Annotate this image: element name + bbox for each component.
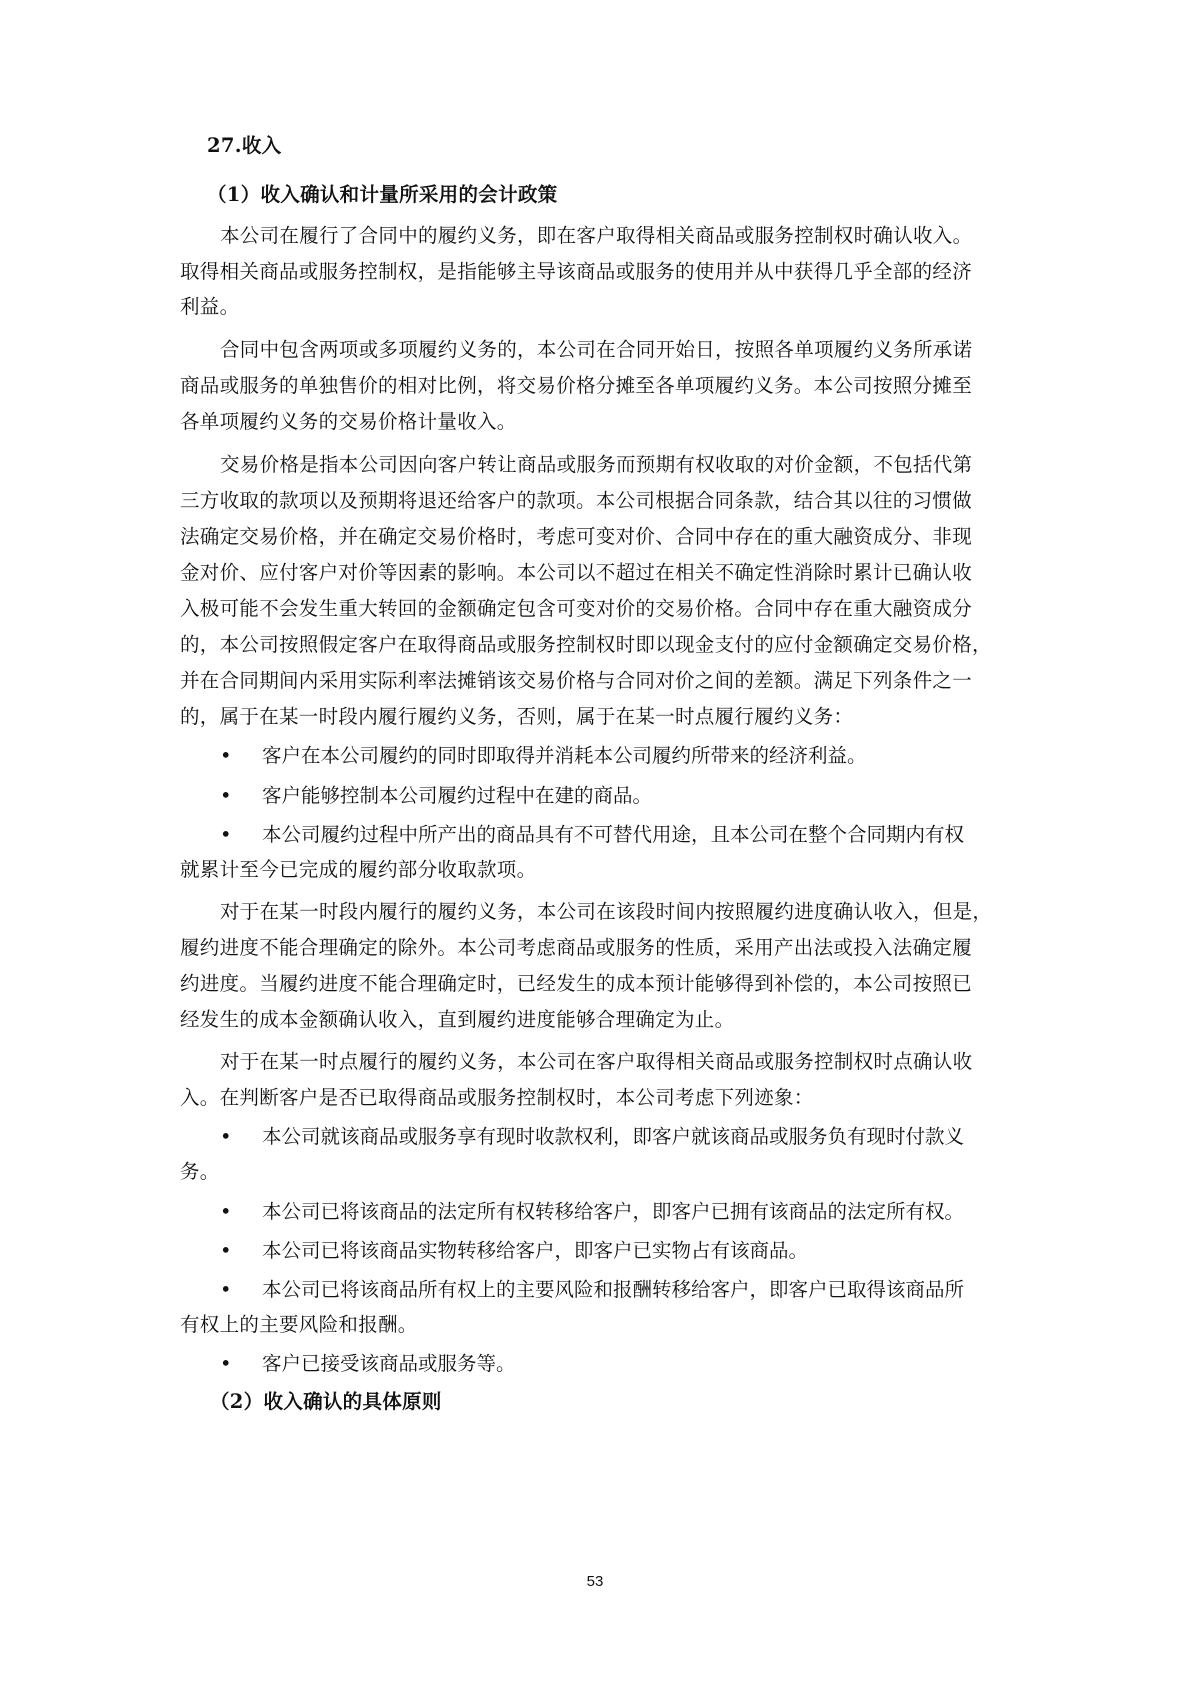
paragraph-line: 取得相关商品或服务控制权，是指能够主导该商品或服务的使用并从中获得几乎全部的经济 [180,260,1010,284]
bullet-icon: • [220,1352,262,1376]
paragraph-line: 的，本公司按照假定客户在取得商品或服务控制权时即以现金支付的应付金额确定交易价格… [180,633,1010,657]
paragraph-line: 金对价、应付客户对价等因素的影响。本公司以不超过在相关不确定性消除时累计已确认收 [180,561,1010,585]
section-title: 27.收入 [207,134,1037,158]
paragraph-line: 并在合同期间内采用实际利率法摊销该交易价格与合同对价之间的差额。满足下列条件之一 [180,669,1010,693]
subsection-title-2: （2）收入确认的具体原则 [210,1390,1040,1414]
paragraph-line: 入极可能不会发生重大转回的金额确定包含可变对价的交易价格。合同中存在重大融资成分 [180,597,1010,621]
paragraph-line: 约进度。当履约进度不能合理确定时，已经发生的成本预计能够得到补偿的，本公司按照已 [180,972,1010,996]
paragraph-line: 对于在某一时段内履行的履约义务，本公司在该段时间内按照履约进度确认收入，但是， [180,900,1050,924]
paragraph-line: 利益。 [180,295,1010,319]
bullet-icon: • [220,784,262,808]
paragraph-line: 法确定交易价格，并在确定交易价格时，考虑可变对价、合同中存在的重大融资成分、非现 [180,525,1010,549]
bullet-icon: • [220,1239,262,1263]
paragraph-line: 本公司在履行了合同中的履约义务，即在客户取得相关商品或服务控制权时确认收入。 [180,224,1050,248]
paragraph-line: 入。在判断客户是否已取得商品或服务控制权时，本公司考虑下列迹象： [180,1086,1010,1110]
paragraph-line: 的，属于在某一时段内履行履约义务，否则，属于在某一时点履行履约义务： [180,705,1010,729]
paragraph-line: 交易价格是指本公司因向客户转让商品或服务而预期有权收取的对价金额，不包括代第 [180,453,1050,477]
document-page: 27.收入 （1）收入确认和计量所采用的会计政策 本公司在履行了合同中的履约义务… [0,0,1190,1683]
paragraph-line: 经发生的成本金额确认收入，直到履约进度能够合理确定为止。 [180,1008,1010,1032]
bullet-item: •客户已接受该商品或服务等。 [220,1352,516,1376]
bullet-item: •本公司已将该商品的法定所有权转移给客户，即客户已拥有该商品的法定所有权。 [220,1200,964,1224]
bullet-icon: • [220,823,262,847]
paragraph-line: 就累计至今已完成的履约部分收取款项。 [180,858,1010,882]
bullet-item: •本公司已将该商品所有权上的主要风险和报酬转移给客户，即客户已取得该商品所 [220,1278,964,1302]
bullet-item: •本公司就该商品或服务享有现时收款权利，即客户就该商品或服务负有现时付款义 [220,1125,964,1149]
paragraph-line: 有权上的主要风险和报酬。 [180,1313,1010,1337]
paragraph-line: 各单项履约义务的交易价格计量收入。 [180,410,1010,434]
subsection-title-1: （1）收入确认和计量所采用的会计政策 [207,183,1037,207]
paragraph-line: 履约进度不能合理确定的除外。本公司考虑商品或服务的性质，采用产出法或投入法确定履 [180,936,1010,960]
bullet-item: •本公司履约过程中所产出的商品具有不可替代用途，且本公司在整个合同期内有权 [220,823,964,847]
bullet-item: •本公司已将该商品实物转移给客户，即客户已实物占有该商品。 [220,1239,808,1263]
paragraph-line: 三方收取的款项以及预期将退还给客户的款项。本公司根据合同条款，结合其以往的习惯做 [180,489,1010,513]
bullet-icon: • [220,1125,262,1149]
page-number: 53 [0,1573,1190,1590]
bullet-icon: • [220,744,262,768]
bullet-item: •客户在本公司履约的同时即取得并消耗本公司履约所带来的经济利益。 [220,744,867,768]
paragraph-line: 对于在某一时点履行的履约义务，本公司在客户取得相关商品或服务控制权时点确认收 [180,1050,1050,1074]
paragraph-line: 商品或服务的单独售价的相对比例，将交易价格分摊至各单项履约义务。本公司按照分摊至 [180,374,1010,398]
bullet-icon: • [220,1278,262,1302]
paragraph-line: 合同中包含两项或多项履约义务的，本公司在合同开始日，按照各单项履约义务所承诺 [180,338,1050,362]
paragraph-line: 务。 [180,1160,1010,1184]
bullet-icon: • [220,1200,262,1224]
bullet-item: •客户能够控制本公司履约过程中在建的商品。 [220,784,652,808]
